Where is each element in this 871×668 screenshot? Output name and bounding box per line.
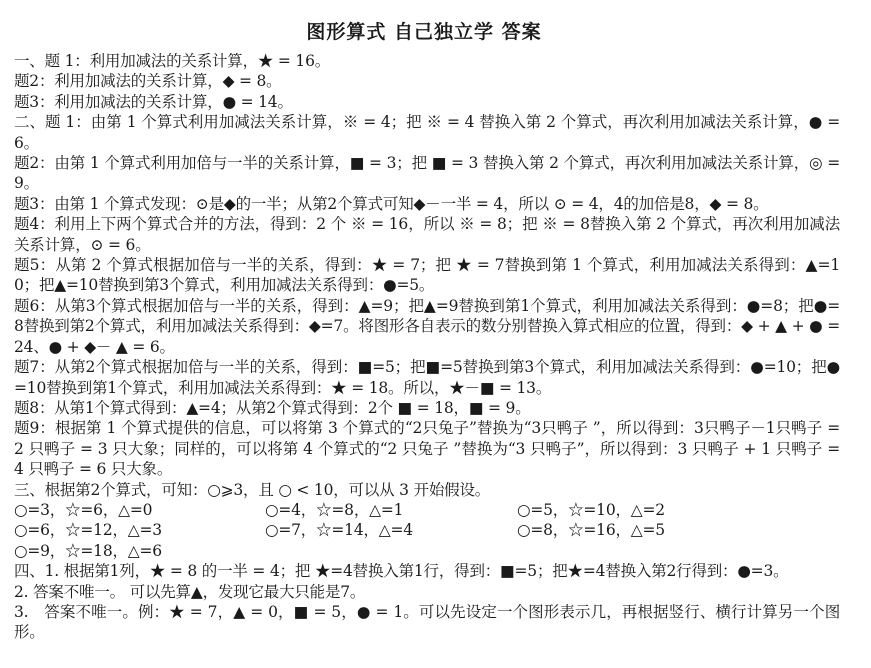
section-4-q1: 四、1. 根据第1列，★ = 8 的一半 = 4；把 ★=4替换入第1行，得到：… [14, 561, 840, 581]
section-3-cases-grid: ○=3，☆=6，△=0 ○=4，☆=8，△=1 ○=5，☆=10，△=2 ○=6… [14, 500, 840, 561]
answer-body: 一、题 1：利用加减法的关系计算，★ = 16。 题2：利用加减法的关系计算，◆… [14, 51, 840, 643]
case-cell: ○=7，☆=14，△=4 [265, 520, 517, 540]
answer-page: 图形算式 自己独立学 答案 一、题 1：利用加减法的关系计算，★ = 16。 题… [0, 0, 871, 668]
section-2-q3: 题3：由第 1 个算式发现：⊙是◆的一半；从第2个算式可知◆－一半 = 4，所以… [14, 194, 840, 214]
case-cell: ○=9，☆=18，△=6 [14, 541, 265, 561]
section-1-q1: 一、题 1：利用加减法的关系计算，★ = 16。 [14, 51, 840, 71]
section-4-q3: 3. 答案不唯一。例：★ = 7，▲ = 0，■ = 5，● = 1。可以先设定… [14, 602, 840, 643]
case-cell: ○=5，☆=10，△=2 [517, 500, 817, 520]
section-2-q4: 题4：利用上下两个算式合并的方法，得到：2 个 ※ = 16，所以 ※ = 8；… [14, 214, 840, 255]
section-2-q9: 题9：根据第 1 个算式提供的信息，可以将第 3 个算式的“2只兔子”替换为“3… [14, 418, 840, 479]
section-2-q5: 题5：从第 2 个算式根据加倍与一半的关系，得到：★ = 7；把 ★ = 7替换… [14, 255, 840, 296]
case-cell: ○=3，☆=6，△=0 [14, 500, 265, 520]
section-2-q8: 题8：从第1个算式得到：▲=4；从第2个算式得到：2个 ■ = 18，■ = 9… [14, 398, 840, 418]
case-cell: ○=8，☆=16，△=5 [517, 520, 817, 540]
section-4-q2: 2. 答案不唯一。 可以先算▲，发现它最大只能是7。 [14, 582, 840, 602]
section-3-intro: 三、根据第2个算式，可知：○⩾3，且 ○ < 10，可以从 3 开始假设。 [14, 480, 840, 500]
section-1-q3: 题3：利用加减法的关系计算，● = 14。 [14, 92, 840, 112]
case-cell: ○=6，☆=12，△=3 [14, 520, 265, 540]
section-2-q6: 题6：从第3个算式根据加倍与一半的关系，得到：▲=9；把▲=9替换到第1个算式，… [14, 296, 840, 357]
page-title: 图形算式 自己独立学 答案 [0, 19, 848, 45]
case-cell: ○=4，☆=8，△=1 [265, 500, 517, 520]
section-2-q2: 题2：由第 1 个算式利用加倍与一半的关系计算，■ = 3；把 ■ = 3 替换… [14, 153, 840, 194]
section-2-q7: 题7：从第2个算式根据加倍与一半的关系，得到：■=5；把■=5替换到第3个算式，… [14, 357, 840, 398]
section-1-q2: 题2：利用加减法的关系计算，◆ = 8。 [14, 71, 840, 91]
section-2-q1: 二、题 1：由第 1 个算式利用加减法关系计算，※ = 4；把 ※ = 4 替换… [14, 112, 840, 153]
